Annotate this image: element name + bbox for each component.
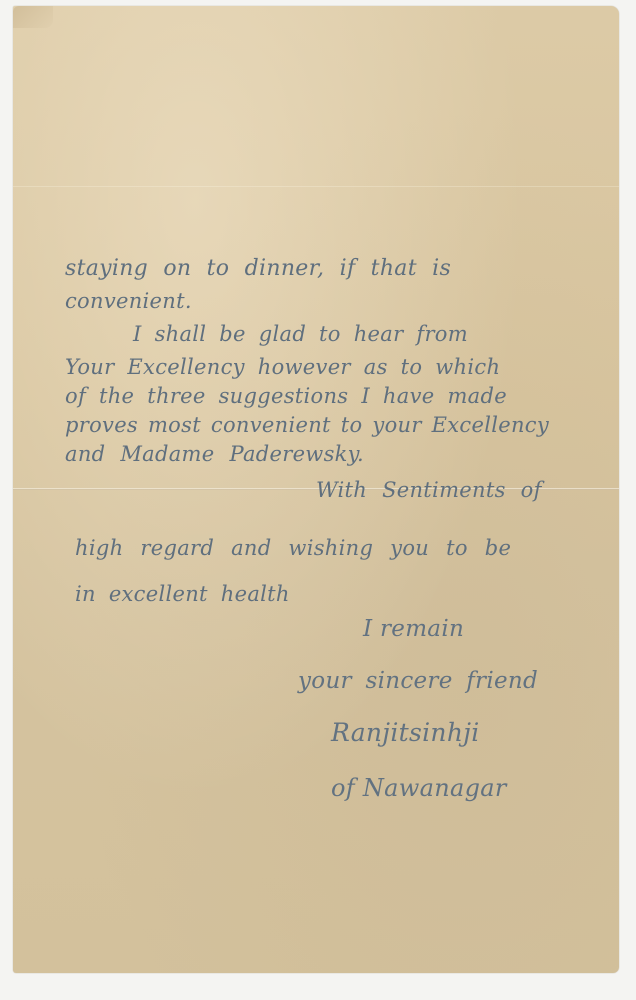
signature-name: Ranjitsinhji [331, 718, 480, 747]
paper-crease [13, 186, 619, 187]
closing-line: With Sentiments of [316, 478, 542, 502]
letter-paper: staying on to dinner, if that is conveni… [13, 6, 619, 973]
signoff-friend: your sincere friend [298, 668, 538, 694]
body-line: and Madame Paderewsky. [65, 442, 364, 466]
signoff-remain: I remain [363, 616, 464, 642]
closing-line: in excellent health [75, 582, 290, 606]
body-line: of the three suggestions I have made [65, 384, 507, 408]
body-line: proves most convenient to your Excellenc… [65, 413, 549, 437]
body-line: staying on to dinner, if that is [65, 256, 451, 281]
body-line: I shall be glad to hear from [133, 322, 468, 346]
body-line: convenient. [65, 289, 192, 313]
body-line: Your Excellency however as to which [65, 355, 500, 379]
scanned-document: staying on to dinner, if that is conveni… [0, 0, 636, 1000]
paper-corner-crease [13, 6, 53, 28]
closing-line: high regard and wishing you to be [75, 536, 511, 560]
signature-title: of Nawanagar [331, 774, 507, 802]
